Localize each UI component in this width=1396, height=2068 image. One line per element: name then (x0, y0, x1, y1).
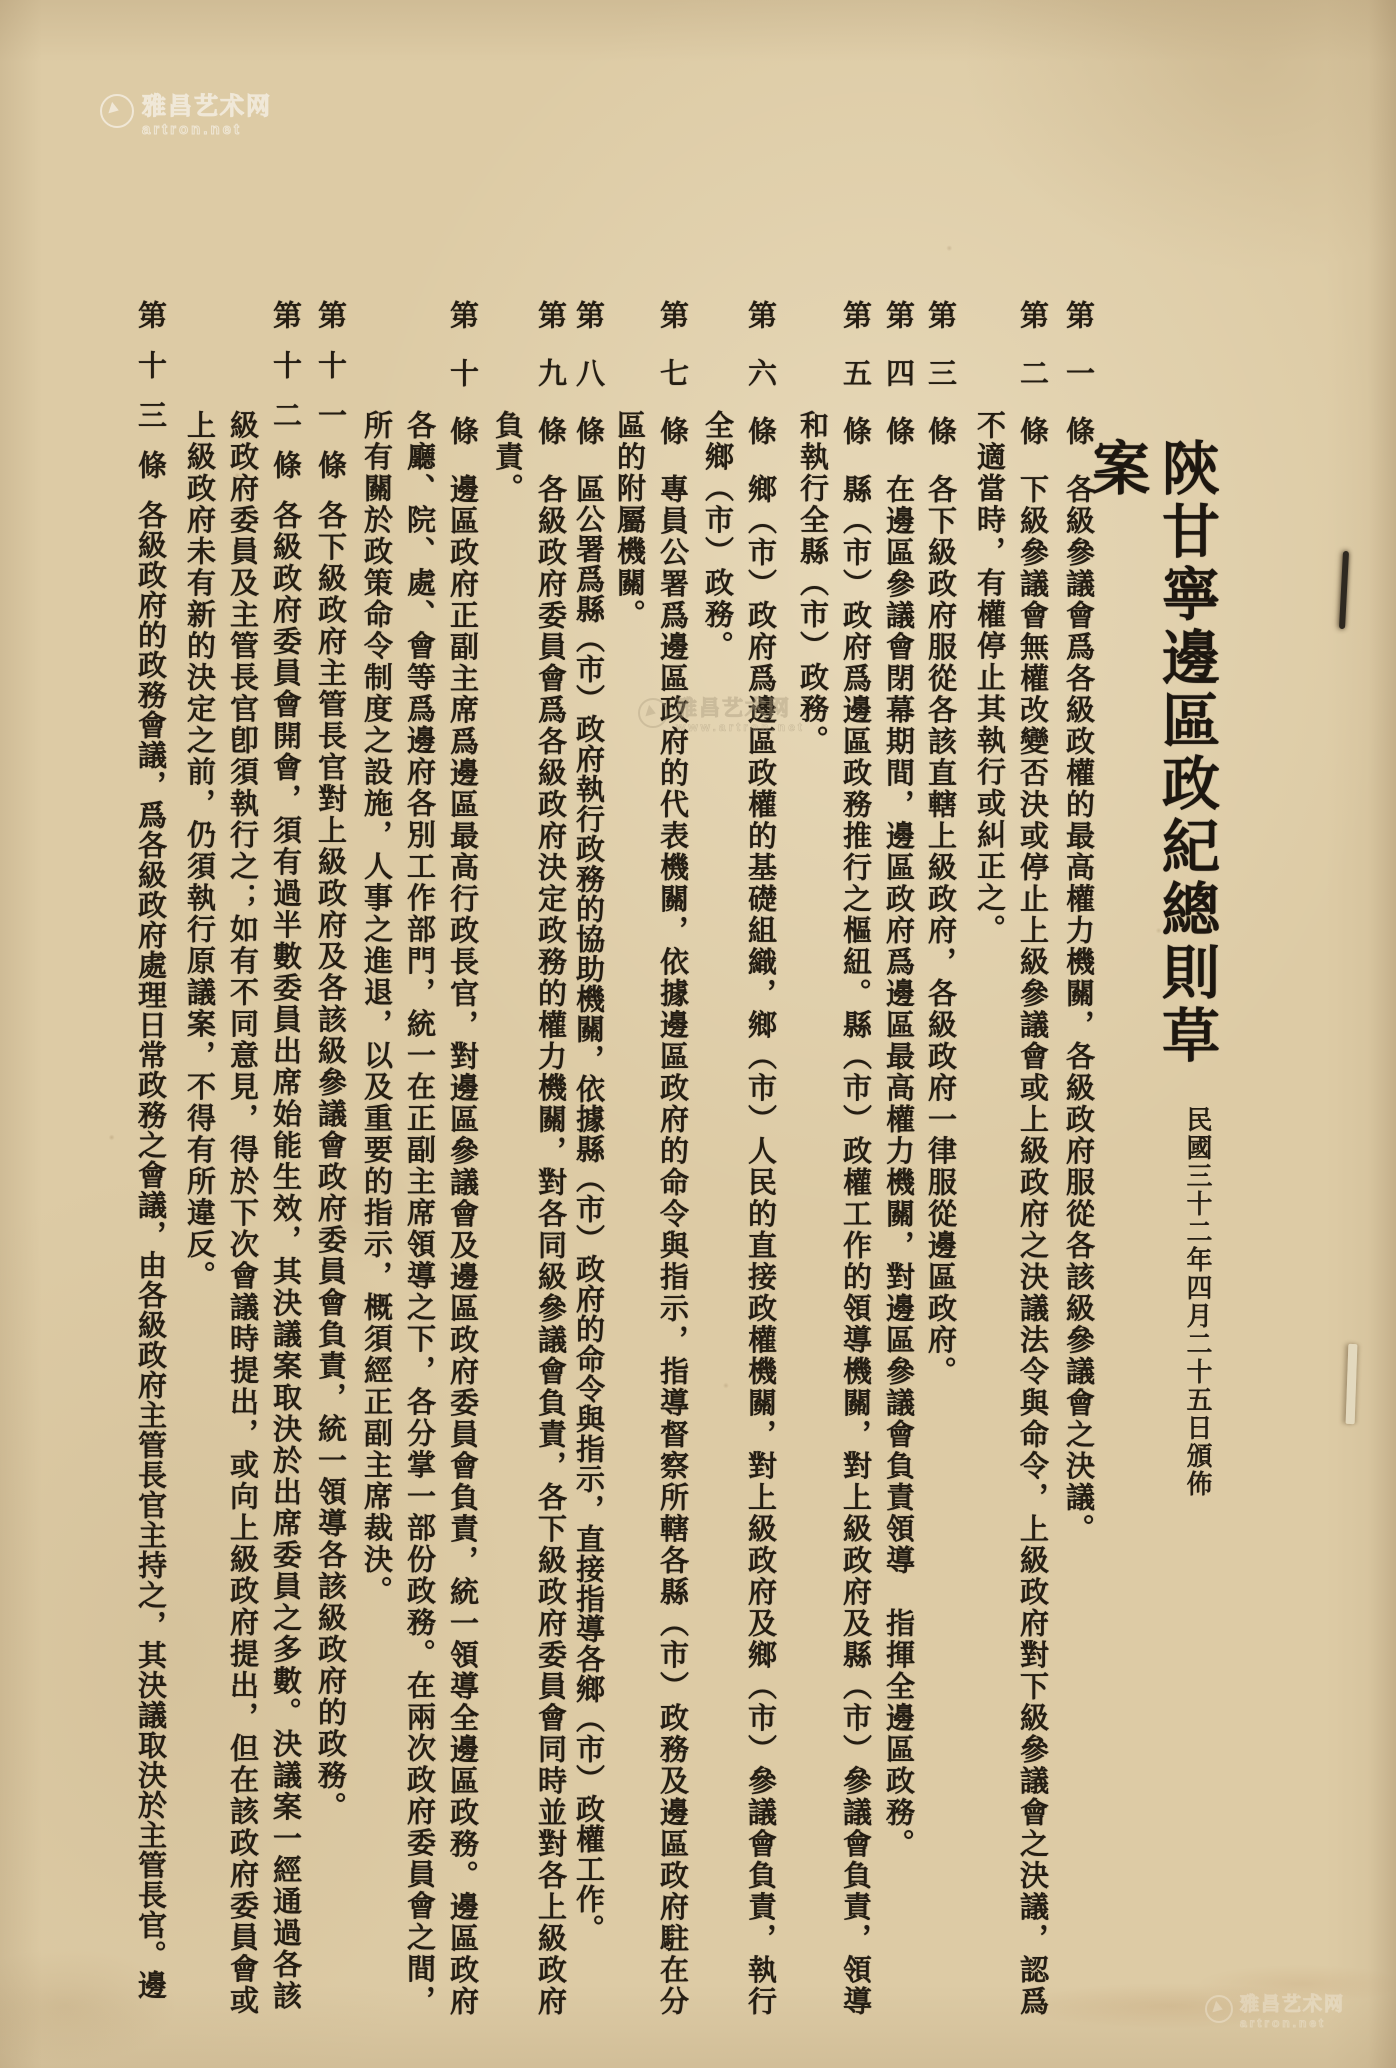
article-text: 各級政府委員會爲各級政府決定政務的權力機關，對各同級參議會負責，各下級政府委員會… (491, 410, 566, 2018)
article-text: 專員公署爲邊區政府的代表機關，依據邊區政府的命令與指示，指導督察所轄各縣（市）政… (613, 410, 688, 2018)
article-11: 第十一條各下級政府主管長官對上級政府及各該級參議會政府委員會負責，統一領導各該級… (308, 410, 351, 2022)
article-number: 第十一條 (314, 300, 346, 500)
promulgation-date: 民國三十二年四月二十五日頒佈 (1182, 1106, 1212, 1526)
catchword: 邊 (134, 1970, 166, 2000)
article-9: 第九條各級政府委員會爲各級政府決定政務的權力機關，對各同級參議會負責，各下級政府… (485, 410, 571, 2022)
article-2: 第二條下級參議會無權改變否決或停止上級參議會或上級政府之決議法令與命令，上級政府… (967, 410, 1053, 2022)
document-title: 陝甘寧邊區政紀總則草案 (1080, 438, 1220, 1098)
article-number: 第一條 (1062, 300, 1094, 474)
article-number: 第七條 (656, 300, 688, 474)
article-12: 第十二條各級政府委員會開會，須有過半數委員出席始能生效，其決議案取決於出席委員之… (177, 410, 306, 2022)
article-text: 縣（市）政府爲邊區政務推行之樞紐。縣（市）政權工作的領導機關，對上級政府及縣（市… (796, 410, 871, 2018)
article-text: 各級政府委員會開會，須有過半數委員出席始能生效，其決議案取決於出席委員之多數。決… (183, 410, 301, 2017)
article-number: 第十三條 (134, 300, 166, 500)
scanned-document-page: 雅昌艺术网 artron.net 陝甘寧邊區政紀總則草案 民國三十二年四月二十五… (0, 0, 1396, 2068)
article-number: 第八條 (572, 300, 604, 474)
article-number: 第五條 (839, 300, 871, 474)
article-number: 第十條 (446, 300, 478, 474)
article-text: 在邊區參議會閉幕期間，邊區政府爲邊區最高權力機關，對邊區參議會負責領導 指揮全邊… (882, 474, 914, 1860)
article-text: 邊區政府正副主席爲邊區最高行政長官，對邊區參議會及邊區政府委員會負責，統一領導全… (360, 410, 478, 2018)
article-text: 區公署爲縣（市）政府執行政務的協助機關，依據縣（市）政府的命令與指示，直接指導各… (572, 474, 604, 1944)
article-text: 下級參議會無權改變否決或停止上級參議會或上級政府之決議法令與命令，上級政府對下級… (973, 410, 1048, 2018)
article-number: 第四條 (882, 300, 914, 474)
article-number: 第九條 (534, 300, 566, 474)
article-4: 第四條在邊區參議會閉幕期間，邊區政府爲邊區最高權力機關，對邊區參議會負責領導 指… (876, 410, 919, 2022)
article-text: 各級政府的政務會議，爲各級政府處理日常政務之會議，由各級政府主管長官主持之，其決… (134, 500, 166, 1970)
article-13: 第十三條各級政府的政務會議，爲各級政府處理日常政務之會議，由各級政府主管長官主持… (128, 410, 171, 2022)
article-10: 第十條邊區政府正副主席爲邊區最高行政長官，對邊區參議會及邊區政府委員會負責，統一… (354, 410, 483, 2022)
article-text: 各級參議會爲各級政權的最高權力機關，各級政府服從各該級參議會之決議。 (1062, 474, 1094, 1545)
article-text: 各下級政府服從各該直轄上級政府，各級政府一律服從邊區政府。 (924, 474, 956, 1388)
article-number: 第六條 (744, 300, 776, 474)
article-number: 第三條 (924, 300, 956, 474)
article-6: 第六條鄉（市）政府爲邊區政權的基礎組織，鄉（市）人民的直接政權機關，對上級政府及… (695, 410, 781, 2022)
article-text: 各下級政府主管長官對上級政府及各該級參議會政府委員會負責，統一領導各該級政府的政… (314, 500, 346, 1823)
article-8: 第八條區公署爲縣（市）政府執行政務的協助機關，依據縣（市）政府的命令與指示，直接… (566, 410, 609, 2022)
article-5: 第五條縣（市）政府爲邊區政務推行之樞紐。縣（市）政權工作的領導機關，對上級政府及… (790, 410, 876, 2022)
article-number: 第二條 (1016, 300, 1048, 474)
article-text: 鄉（市）政府爲邊區政權的基礎組織，鄉（市）人民的直接政權機關，對上級政府及鄉（市… (701, 410, 776, 2018)
article-7: 第七條專員公署爲邊區政府的代表機關，依據邊區政府的命令與指示，指導督察所轄各縣（… (607, 410, 693, 2022)
article-number: 第十二條 (269, 300, 301, 500)
article-1: 第一條各級參議會爲各級政權的最高權力機關，各級政府服從各該級參議會之決議。 (1056, 410, 1099, 2022)
article-3: 第三條各下級政府服從各該直轄上級政府，各級政府一律服從邊區政府。 (918, 410, 961, 2022)
